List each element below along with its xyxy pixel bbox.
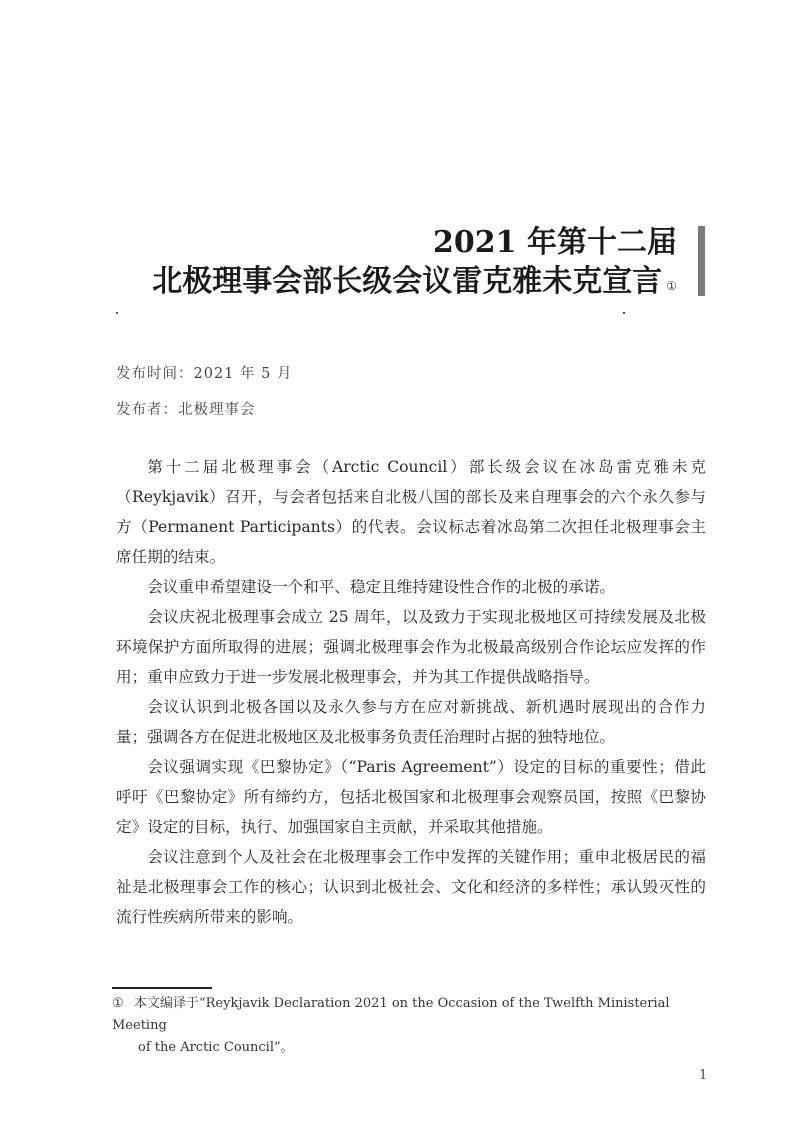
body-text: 第十二届北极理事会（Arctic Council）部长级会议在冰岛雷克雅未克（R… [116,452,706,932]
title-line-2: 北极理事会部长级会议雷克雅未克宣言① [152,262,677,302]
footnote-marker: ① [112,993,134,1015]
paragraph: 会议认识到北极各国以及永久参与方在应对新挑战、新机遇时展现出的合作力量；强调各方… [116,692,706,752]
paragraph: 会议庆祝北极理事会成立 25 周年，以及致力于实现北极地区可持续发展及北极环境保… [116,602,706,692]
title-accent-bar [698,226,705,296]
footnote-text-line-2: of the Arctic Council”。 [112,1037,712,1059]
publish-time: 发布时间：2021 年 5 月 [116,362,292,383]
print-speck [116,312,118,314]
paragraph: 会议重申希望建设一个和平、稳定且维持建设性合作的北极的承诺。 [116,572,706,602]
document-title: 2021 年第十二届 北极理事会部长级会议雷克雅未克宣言① [152,224,677,302]
print-speck [623,312,625,314]
title-line-1: 2021 年第十二届 [152,224,677,262]
title-footnote-marker: ① [666,279,677,293]
paragraph: 会议强调实现《巴黎协定》（“Paris Agreement”）设定的目标的重要性… [116,752,706,842]
title-line-2-text: 北极理事会部长级会议雷克雅未克宣言 [152,264,662,299]
footnote-rule [112,987,212,989]
footnote: ①本文编译于“Reykjavik Declaration 2021 on the… [112,993,712,1059]
publisher: 发布者：北极理事会 [116,398,256,419]
paragraph: 会议注意到个人及社会在北极理事会工作中发挥的关键作用；重申北极居民的福祉是北极理… [116,842,706,932]
footnote-text-line-1: 本文编译于“Reykjavik Declaration 2021 on the … [112,996,670,1033]
page-number: 1 [699,1068,707,1083]
paragraph: 第十二届北极理事会（Arctic Council）部长级会议在冰岛雷克雅未克（R… [116,452,706,572]
